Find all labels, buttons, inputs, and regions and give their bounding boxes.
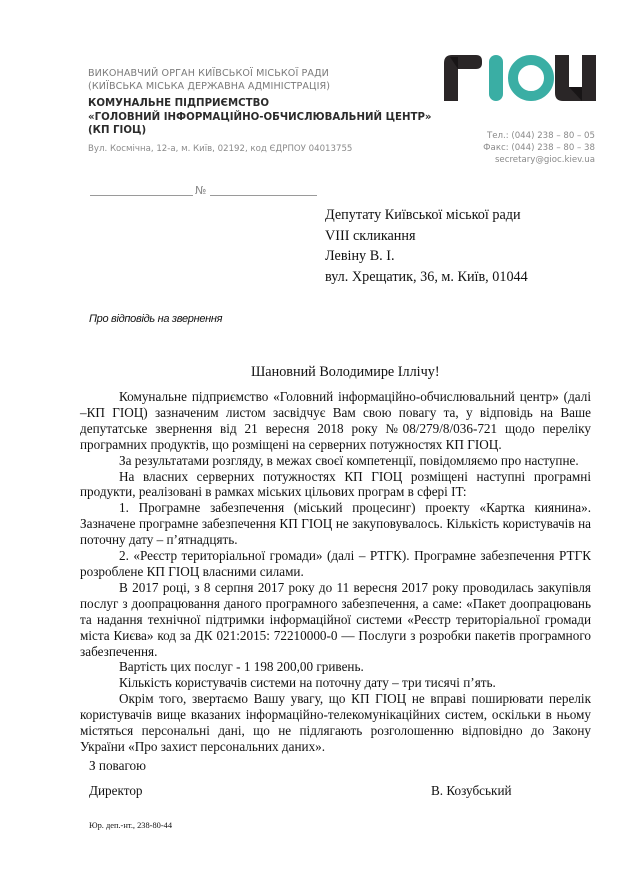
body-paragraph: Комунальне підприємство «Головний інформ… <box>80 389 591 453</box>
body-paragraph: За результатами розгляду, в межах своєї … <box>80 453 591 469</box>
phone-number: Тел.: (044) 238 – 80 – 05 <box>483 130 595 142</box>
closing: З повагою <box>89 758 146 774</box>
body-paragraph: В 2017 році, з 8 серпня 2017 року до 11 … <box>80 580 591 660</box>
body-paragraph: Кількість користувачів системи на поточн… <box>80 675 591 691</box>
recipient-title: Депутату Київської міської ради <box>325 205 528 226</box>
organization-line-1: КОМУНАЛЬНЕ ПІДПРИЄМСТВО <box>88 97 432 111</box>
signatory-position: Директор <box>89 783 143 799</box>
organization-line-3: (КП ГІОЦ) <box>88 124 432 138</box>
reg-number-line <box>210 195 317 196</box>
authority-line-1: ВИКОНАВЧИЙ ОРГАН КИЇВСЬКОЇ МІСЬКОЇ РАДИ <box>88 67 330 80</box>
recipient-name: Левіну В. І. <box>325 246 528 267</box>
footer-note: Юр. деп.-нт., 238-80-44 <box>89 821 172 830</box>
letter-subject: Про відповідь на звернення <box>89 313 222 325</box>
organization-address: Вул. Космічна, 12-а, м. Київ, 02192, код… <box>88 144 352 154</box>
letter-body: Комунальне підприємство «Головний інформ… <box>80 389 591 755</box>
fax-number: Факс: (044) 238 – 80 – 38 <box>483 142 595 154</box>
contact-block: Тел.: (044) 238 – 80 – 05 Факс: (044) 23… <box>483 130 595 166</box>
reg-date-line <box>90 195 193 196</box>
organization-line-2: «ГОЛОВНИЙ ІНФОРМАЦІЙНО-ОБЧИСЛЮВАЛЬНИЙ ЦЕ… <box>88 111 432 125</box>
body-paragraph: Окрім того, звертаємо Вашу увагу, що КП … <box>80 691 591 755</box>
email-address[interactable]: secretary@gioc.kiev.ua <box>483 154 595 166</box>
recipient-convocation: VIII скликання <box>325 226 528 247</box>
authority-line-2: (КИЇВСЬКА МІСЬКА ДЕРЖАВНА АДМІНІСТРАЦІЯ) <box>88 80 330 93</box>
body-paragraph: 2. «Реєстр територіальної громади» (далі… <box>80 548 591 580</box>
greeting: Шановний Володимире Іллічу! <box>251 364 440 381</box>
recipient-block: Депутату Київської міської ради VIII скл… <box>325 205 528 287</box>
number-sign: № <box>195 184 206 197</box>
gioc-logo <box>442 55 596 101</box>
authority-name: ВИКОНАВЧИЙ ОРГАН КИЇВСЬКОЇ МІСЬКОЇ РАДИ … <box>88 67 330 93</box>
signatory-name: В. Козубський <box>431 783 512 799</box>
body-paragraph: 1. Програмне забезпечення (міський проце… <box>80 500 591 548</box>
body-paragraph: На власних серверних потужностях КП ГІОЦ… <box>80 469 591 501</box>
organization-name: КОМУНАЛЬНЕ ПІДПРИЄМСТВО «ГОЛОВНИЙ ІНФОРМ… <box>88 97 432 138</box>
gioc-logo-icon <box>442 55 596 101</box>
recipient-address: вул. Хрещатик, 36, м. Київ, 01044 <box>325 267 528 288</box>
body-paragraph: Вартість цих послуг - 1 198 200,00 гриве… <box>80 659 591 675</box>
